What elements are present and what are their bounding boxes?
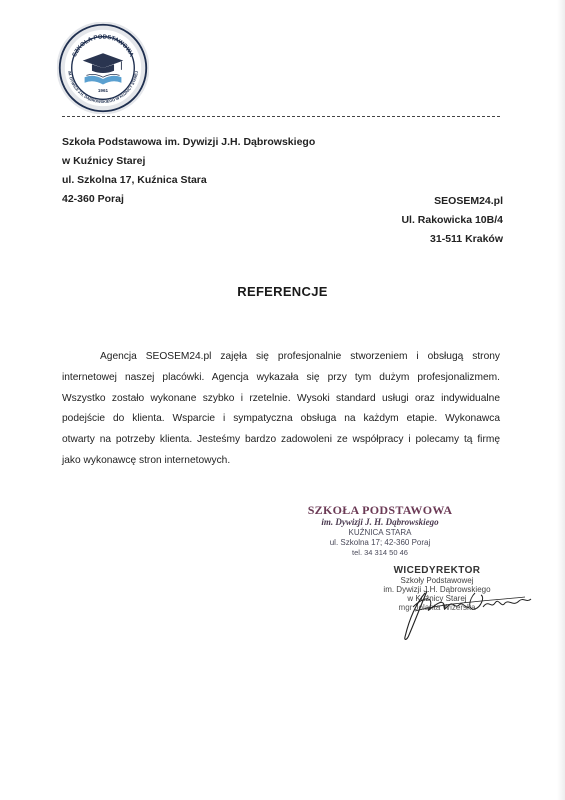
recipient-line: 31-511 Kraków bbox=[401, 230, 503, 249]
stamp-town: KUŹNICA STARA bbox=[300, 528, 460, 538]
body-line: Agencja SEOSEM24.pl zajęła się profesjon… bbox=[62, 347, 500, 368]
sender-line: 42-360 Poraj bbox=[62, 190, 315, 209]
body-line: jako wykonawcę stron internetowych. bbox=[62, 451, 500, 472]
document-title: REFERENCJE bbox=[0, 284, 565, 299]
sender-line: ul. Szkolna 17, Kuźnica Stara bbox=[62, 171, 315, 190]
stamp-address: ul. Szkolna 17; 42-360 Poraj bbox=[300, 538, 460, 548]
body-line: otwarty na potrzeby klienta. Jesteśmy ba… bbox=[62, 430, 500, 451]
stamp-school-name: SZKOŁA PODSTAWOWA bbox=[300, 504, 460, 517]
school-logo: SZKOŁA PODSTAWOWA IM. DYWIZJI J.H. DĄBRO… bbox=[57, 22, 149, 114]
recipient-line: SEOSEM24.pl bbox=[401, 192, 503, 211]
header-divider bbox=[62, 116, 500, 117]
sender-line: Szkoła Podstawowa im. Dywizji J.H. Dąbro… bbox=[62, 133, 315, 152]
body-line: Wszystko zostało wykonane szybko i rzete… bbox=[62, 389, 500, 410]
recipient-address: SEOSEM24.pl Ul. Rakowicka 10B/4 31-511 K… bbox=[401, 192, 503, 249]
stamp-patron: im. Dywizji J. H. Dąbrowskiego bbox=[300, 517, 460, 528]
stamp-phone: tel. 34 314 50 46 bbox=[300, 548, 460, 558]
recipient-line: Ul. Rakowicka 10B/4 bbox=[401, 211, 503, 230]
signatory-title: WICEDYREKTOR bbox=[372, 565, 502, 576]
body-line: podejście do klienta. Wsparcie i sympaty… bbox=[62, 409, 500, 430]
sender-line: w Kuźnicy Starej bbox=[62, 152, 315, 171]
page-edge-shadow bbox=[557, 0, 565, 800]
body-line: internetowej naszej placówki. Agencja wy… bbox=[62, 368, 500, 389]
letter-body: Agencja SEOSEM24.pl zajęła się profesjon… bbox=[62, 347, 500, 472]
logo-year: 1961 bbox=[98, 88, 109, 93]
signatory-line: Szkoły Podstawowej bbox=[372, 576, 502, 585]
handwritten-signature bbox=[395, 585, 535, 645]
school-stamp: SZKOŁA PODSTAWOWA im. Dywizji J. H. Dąbr… bbox=[300, 504, 460, 558]
sender-address: Szkoła Podstawowa im. Dywizji J.H. Dąbro… bbox=[62, 133, 315, 209]
